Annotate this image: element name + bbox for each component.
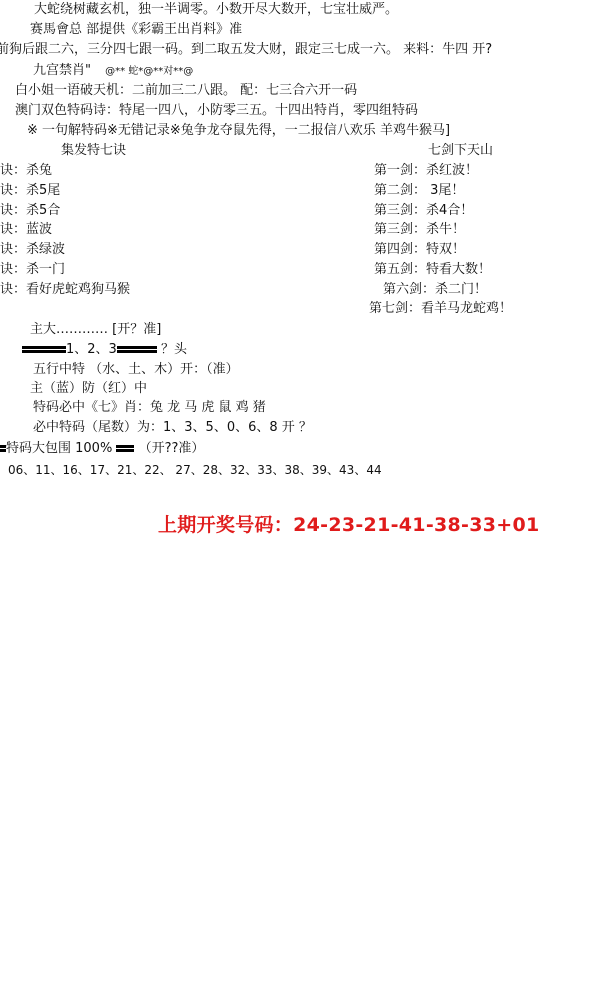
intro-line-3: 前狗后跟二六，三分四七跟一码。到二取五发大财，跟定三七成一六。 来料：牛四 开? <box>0 42 492 58</box>
main-big-line: 主大………… [开？准] <box>30 322 161 338</box>
left-item: 一诀：杀兔 <box>0 163 52 179</box>
bar-decoration-icon <box>117 346 157 349</box>
forbidden-zodiac-label: 九宫禁肖" <box>33 63 91 78</box>
right-column-title: 七剑下天山 <box>428 143 493 159</box>
left-item: 六诀：杀一门 <box>0 262 65 278</box>
package-numbers: 06、11、16、17、21、22、 27、28、32、33、38、39、43、… <box>8 462 382 478</box>
color-line: 主（蓝）防（红）中 <box>30 381 147 397</box>
left-item: 五诀：杀绿波 <box>0 242 65 258</box>
head-numbers: 1、2、3 <box>66 342 117 357</box>
intro-line-6: 澳门双色特码诗：特尾一四八，小防零三五。十四出特肖，零四组特码 <box>15 103 418 119</box>
package-suffix: （开??准） <box>134 441 204 456</box>
intro-line-4: 九宫禁肖" @** 蛇*@**对**@ <box>33 63 193 80</box>
tail-line: 必中特码（尾数）为：1、3、5、0、6、8 开 ？ <box>33 420 312 436</box>
right-item: 第五剑：特看大数！ <box>374 262 491 278</box>
right-item: 第一剑：杀红波！ <box>374 163 478 179</box>
last-draw-banner: 上期开奖号码：24-23-21-41-38-33+01 <box>158 510 540 537</box>
right-item: 第三剑：杀4合！ <box>374 203 473 219</box>
right-item: 第二剑： 3尾！ <box>374 183 464 199</box>
left-item: 七诀：看好虎蛇鸡狗马猴 <box>0 282 130 298</box>
bar-decoration-icon <box>0 445 6 448</box>
left-column-title: 集发特七诀 <box>61 143 126 159</box>
intro-line-2: 赛馬會总 部提供《彩霸王出肖料》准 <box>30 22 242 38</box>
left-item: 二诀：杀5尾 <box>0 183 60 199</box>
five-elements-line: 五行中特 （水、土、木）开：（准） <box>33 362 239 378</box>
forbidden-zodiac-code: @** 蛇*@**对**@ <box>105 66 193 77</box>
left-item: 三诀：杀5合 <box>0 203 60 219</box>
intro-line-7: ※ 一句解特码※无错记录※兔争龙夺鼠先得，一二报信八欢乐 羊鸡牛猴马] <box>27 123 450 139</box>
last-draw-label: 上期开奖号码： <box>158 514 293 536</box>
left-item: 四诀：蓝波 <box>0 222 52 238</box>
package-line: 特码大包围 100% （开??准） <box>0 441 204 457</box>
intro-line-1: 大蛇绕树藏玄机，独一半调零。小数开尽大数开，七宝壮威严。 <box>34 2 398 18</box>
head-numbers-line: 1、2、3 ？头 <box>22 342 187 358</box>
bar-decoration-icon <box>116 445 134 448</box>
right-item: 第四剑：特双！ <box>374 242 465 258</box>
right-item: 第六剑：杀二门！ <box>383 282 487 298</box>
head-suffix: ？头 <box>157 342 187 357</box>
bar-decoration-icon <box>22 346 66 349</box>
zodiac-line: 特码必中《七》肖：兔 龙 马 虎 鼠 鸡 猪 <box>33 400 266 416</box>
intro-line-5: 白小姐一语破天机：二前加三二八跟。 配：七三合六开一码 <box>15 83 357 99</box>
last-draw-numbers: 24-23-21-41-38-33+01 <box>293 514 539 536</box>
right-item: 第七剑：看羊马龙蛇鸡！ <box>369 301 512 317</box>
right-item: 第三剑：杀牛！ <box>374 222 465 238</box>
package-label: 特码大包围 100% <box>6 441 112 456</box>
